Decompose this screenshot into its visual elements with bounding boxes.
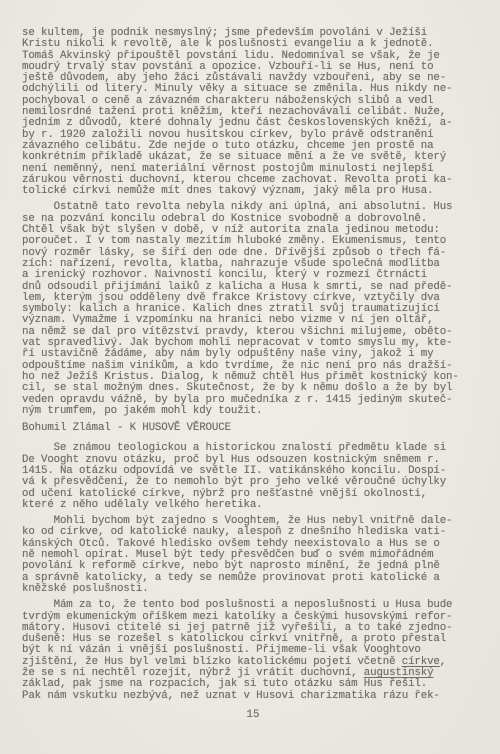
section-heading: Bohumil Zlámal - K HUSOVĚ VĚROUCE — [22, 423, 484, 434]
text-line: Pak nám vskutku nezbývá, než uznat v Hus… — [22, 691, 484, 702]
text-line: Bohumil Zlámal - K HUSOVĚ VĚROUCE — [22, 423, 484, 434]
page-text: se kultem, je podnik nesmyslný; jsme pře… — [22, 28, 484, 702]
paragraph-revolta-continuation: se kultem, je podnik nesmyslný; jsme pře… — [22, 28, 484, 197]
paragraph-mam-za-to: Mám za to, že tento bod poslušnosti a ne… — [22, 600, 484, 702]
text-line: kněžské poslušnosti. — [22, 584, 484, 595]
text-line: tolické církvi nemůže mít dnes takový vý… — [22, 186, 484, 197]
paragraph-se-znamou: Se známou teologickou a historickou znal… — [22, 443, 484, 511]
text-line: které z něho udělaly velkého heretika. — [22, 500, 484, 511]
paragraph-mohli-bychom: Mohli bychom být zajedno s Vooghtem, že … — [22, 516, 484, 595]
paragraph-ostatne-revolta: Ostatně tato revolta nebyla nikdy ani úp… — [22, 202, 484, 417]
document-page: se kultem, je podnik nesmyslný; jsme pře… — [0, 0, 500, 754]
text-line: ným trumfem, po jakém mohl kdy toužit. — [22, 406, 484, 417]
page-number: 15 — [22, 710, 484, 721]
